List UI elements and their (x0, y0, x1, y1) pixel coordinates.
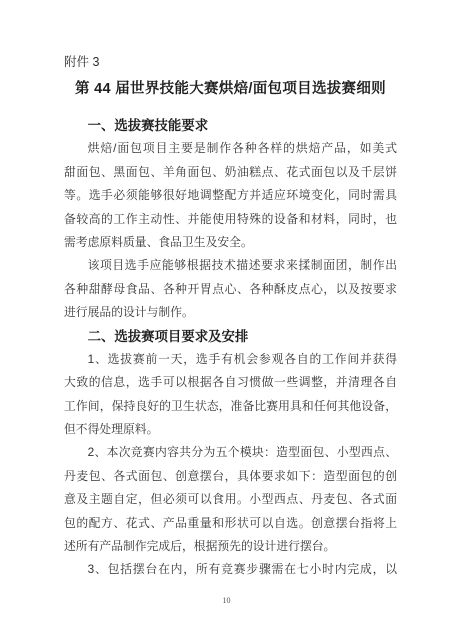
paragraph: 2、本次竞赛内容共分为五个模块：造型面包、小型西点、丹麦包、各式面包、创意摆台，… (64, 441, 397, 558)
paragraph-line: 意及主题自定，但必须可以食用。小型西点、丹麦包、各式面 (64, 488, 397, 511)
paragraph-line: 1、选拔赛前一天，选手有机会参观各自的工作间并获得 (64, 348, 397, 371)
paragraph: 该项目选手应能够根据技术描述要求来揉制面团，制作出各种甜酵母食品、各种开胃点心、… (64, 254, 397, 324)
paragraph-line: 烘焙/面包项目主要是制作各种各样的烘焙产品，如美式 (64, 137, 397, 160)
paragraph-line: 等。选手必须能够很好地调整配方并适应环境变化，同时需具 (64, 184, 397, 207)
paragraph: 1、选拔赛前一天，选手有机会参观各自的工作间并获得大致的信息，选手可以根据各自习… (64, 348, 397, 442)
paragraph-line: 丹麦包、各式面包、创意摆台，具体要求如下：造型面包的创 (64, 465, 397, 488)
paragraph-line: 3、包括摆台在内，所有竞赛步骤需在七小时内完成，以 (64, 558, 397, 581)
paragraph-line: 但不得处理原料。 (64, 418, 397, 441)
paragraph-line: 甜面包、黑面包、羊角面包、奶油糕点、花式面包以及千层饼 (64, 161, 397, 184)
section-heading: 二、选拔赛项目要求及安排 (64, 325, 397, 348)
document-title: 第 44 届世界技能大赛烘焙/面包项目选拔赛细则 (64, 77, 397, 101)
paragraph: 3、包括摆台在内，所有竞赛步骤需在七小时内完成，以 (64, 558, 397, 581)
paragraph-line: 大致的信息，选手可以根据各自习惯做一些调整，并清理各自 (64, 371, 397, 394)
paragraph-line: 需考虑原料质量、食品卫生及安全。 (64, 231, 397, 254)
attachment-label: 附件 3 (64, 53, 397, 71)
paragraph-line: 进行展品的设计与制作。 (64, 301, 397, 324)
paragraph-line: 工作间，保持良好的卫生状态，准备比赛用具和任何其他设备， (64, 395, 397, 418)
paragraph-line: 包的配方、花式、产品重量和形状可以自选。创意摆台指将上 (64, 512, 397, 535)
section-heading: 一、选拔赛技能要求 (64, 114, 397, 137)
paragraph-line: 该项目选手应能够根据技术描述要求来揉制面团，制作出 (64, 254, 397, 277)
paragraph: 烘焙/面包项目主要是制作各种各样的烘焙产品，如美式甜面包、黑面包、羊角面包、奶油… (64, 137, 397, 254)
paragraph-line: 备较高的工作主动性、并能使用特殊的设备和材料，同时，也 (64, 208, 397, 231)
paragraph-line: 各种甜酵母食品、各种开胃点心、各种酥皮点心，以及按要求 (64, 278, 397, 301)
page-number: 10 (0, 596, 453, 606)
paragraph-line: 述所有产品制作完成后，根据预先的设计进行摆台。 (64, 535, 397, 558)
paragraph-line: 2、本次竞赛内容共分为五个模块：造型面包、小型西点、 (64, 441, 397, 464)
document-page: 附件 3 第 44 届世界技能大赛烘焙/面包项目选拔赛细则 一、选拔赛技能要求烘… (0, 0, 453, 640)
document-body: 一、选拔赛技能要求烘焙/面包项目主要是制作各种各样的烘焙产品，如美式甜面包、黑面… (64, 114, 397, 582)
document-content-area: 附件 3 第 44 届世界技能大赛烘焙/面包项目选拔赛细则 一、选拔赛技能要求烘… (0, 0, 453, 582)
